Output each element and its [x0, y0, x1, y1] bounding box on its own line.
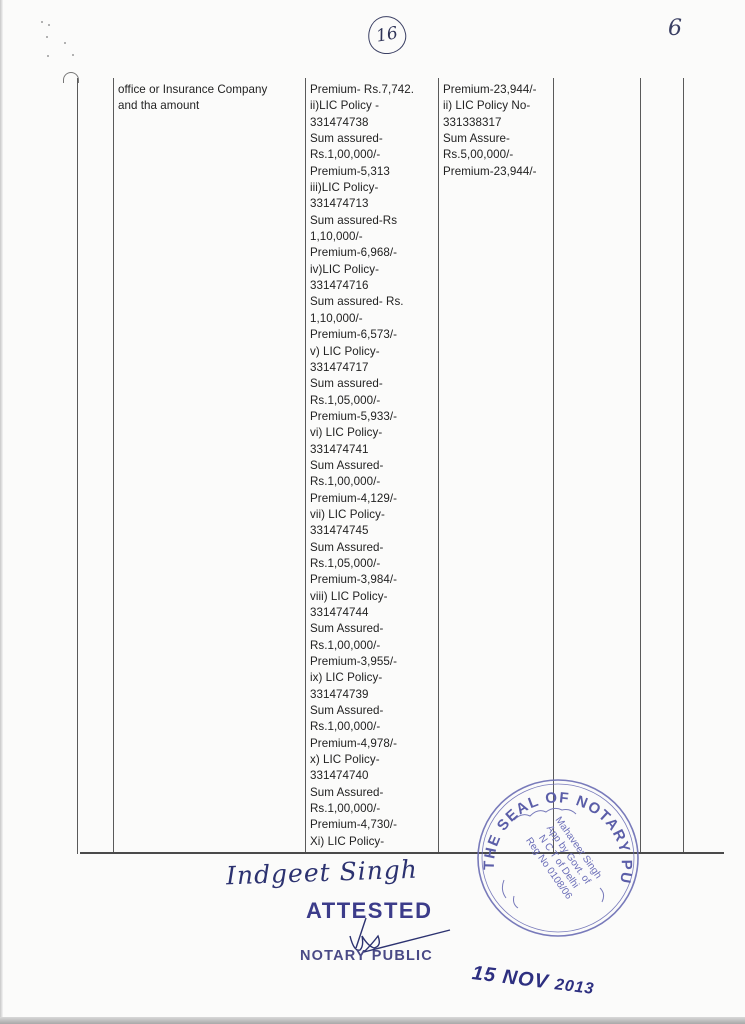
column-divider: [553, 78, 554, 854]
deponent-signature: Indgeet Singh: [226, 855, 419, 891]
page-number-text: 16: [375, 23, 400, 46]
table-border-left: [77, 78, 78, 854]
handwritten-page-number-circled: 16: [365, 13, 409, 57]
notary-seal: THE SEAL OF NOTARY PUBLIC Mahaveer Singh…: [470, 770, 645, 945]
notary-public-stamp: NOTARY PUBLIC: [300, 948, 433, 964]
scan-edge-bottom: [0, 1017, 745, 1024]
cell-self-policies: Premium- Rs.7,742. ii)LIC Policy - 33147…: [310, 82, 436, 850]
column-divider: [438, 78, 439, 854]
column-divider: [683, 78, 684, 854]
handwritten-page-number: 6: [668, 16, 682, 41]
column-divider: [640, 78, 641, 854]
scan-edge-left: [0, 0, 3, 1024]
cell-description: office or Insurance Company and tha amou…: [118, 82, 303, 115]
date-stamp: 15 NOV 2013: [471, 962, 596, 1000]
column-divider: [305, 78, 306, 854]
cell-spouse-policies: Premium-23,944/- ii) LIC Policy No- 3313…: [443, 82, 551, 180]
date-stamp-year: 2013: [554, 976, 595, 998]
date-stamp-day-month: 15 NOV: [471, 962, 550, 993]
column-divider: [113, 78, 114, 854]
